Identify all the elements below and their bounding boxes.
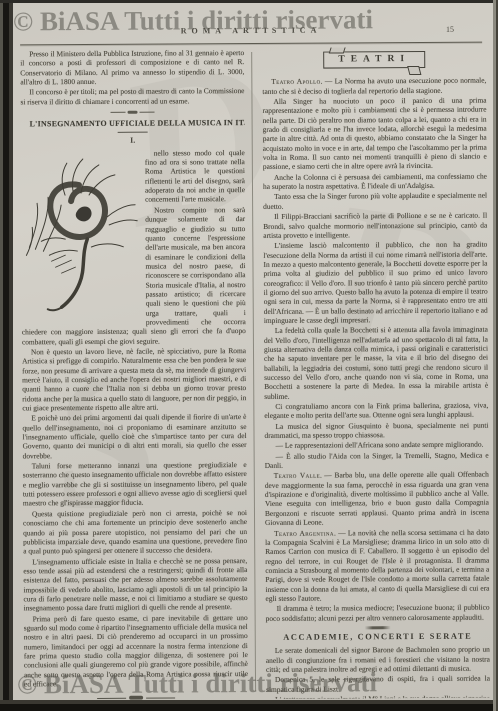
- notice-list: Presso il Ministero della Pubblica Istru…: [20, 48, 244, 106]
- theatre-review-text: Anche la Colonna ci è persuasa dei cambi…: [263, 171, 487, 191]
- column-divider: [251, 52, 256, 691]
- accademie-title: ACCADEMIE, CONCERTI E SERATE: [266, 631, 490, 642]
- title-rule: [118, 132, 148, 133]
- teatri-paragraph: Teatro Apollo.— La Norma ha avuto una es…: [262, 76, 486, 96]
- theatre-review-text: — È allo studio l'Aida con la Singer, la…: [265, 450, 489, 470]
- theatre-review-text: La fedeltà colla quale la Bocchetti si è…: [264, 325, 488, 401]
- theatre-review-text: L'insieme lasciò malcontento il pubblico…: [263, 240, 487, 325]
- article-paragraph: Questa quistione pregiudiziale però non …: [23, 508, 247, 556]
- theatre-review-text: Il Filippi-Bracciani sacrificò la parte …: [263, 211, 487, 240]
- teatri-paragraph: La fedeltà colla quale la Bocchetti si è…: [264, 325, 488, 401]
- teatri-paragraph: L'insieme lasciò malcontento il pubblico…: [263, 240, 488, 325]
- section-separator: [111, 110, 155, 115]
- teatri-paragraph: Tanto essa che la Singer furono più volt…: [263, 191, 487, 211]
- theatre-review-text: Ci congratuliamo ancora con la Fink prim…: [264, 401, 488, 421]
- scan-edge-left: [0, 0, 13, 711]
- teatri-paragraph: Il Filippi-Bracciani sacrificò la parte …: [263, 211, 487, 240]
- theatre-review-text: — Le rappresentazioni dell'Africana sono…: [276, 440, 484, 450]
- article-title: L'INSEGNAMENTO UFFICIALE DELLA MUSICA IN…: [21, 118, 245, 129]
- article-paragraph: L'insegnamento ufficiale esiste in Itali…: [23, 556, 247, 613]
- theatre-review-text: Alla Singer ha nuociuto un poco il panic…: [263, 96, 487, 172]
- teatri-paragraph: — È allo studio l'Aida con la Singer, la…: [265, 450, 489, 470]
- teatri-paragraph: Alla Singer ha nuociuto un poco il panic…: [262, 96, 486, 172]
- scanned-page: D B S ROMA ARTISTICA 15 Presso il Minist…: [0, 0, 498, 711]
- notice-paragraph: Presso il Ministero della Pubblica Istru…: [20, 48, 244, 87]
- left-column: Presso il Ministero della Pubblica Istru…: [20, 48, 248, 700]
- teatri-paragraph: Ci congratuliamo ancora con la Fink prim…: [264, 401, 488, 421]
- teatri-paragraph: — Le rappresentazioni dell'Africana sono…: [265, 440, 489, 451]
- theatre-name: Teatro Valle.: [274, 471, 323, 480]
- theatre-name: Teatro Argentina.: [274, 528, 336, 537]
- article-paragraph: Taluni forse metteranno innanzi una ques…: [23, 460, 247, 508]
- copyright-watermark-bottom: © BiASA Tutti i diritti riservati: [17, 667, 487, 701]
- theatre-review-text: La musica del signor Giusquinto è buona,…: [264, 420, 488, 440]
- notice-paragraph: Il concorso è per titoli; ma pel posto d…: [20, 86, 244, 106]
- teatri-paragraphs: Teatro Apollo.— La Norma ha avuto una es…: [262, 76, 489, 623]
- header-rule: [20, 42, 482, 46]
- paper-background: D B S ROMA ARTISTICA 15 Presso il Minist…: [12, 2, 494, 701]
- section-numeral: I.: [21, 135, 245, 146]
- theatre-review-text: Tanto essa che la Singer furono più volt…: [263, 191, 487, 211]
- right-column: TEATRI Teatro Apollo.— La Norma ha avuto…: [262, 47, 490, 699]
- scan-edge-top: [0, 0, 498, 3]
- teatri-paragraph: Anche la Colonna ci è persuasa dei cambi…: [263, 171, 487, 191]
- teatri-paragraph: La musica del signor Giusquinto è buona,…: [264, 420, 488, 440]
- teatri-paragraph: Teatro Argentina.— La novità che nella s…: [265, 527, 489, 603]
- copyright-watermark-top: © BiASA Tutti i diritti riservati: [13, 4, 483, 38]
- theatre-name: Teatro Apollo.: [271, 77, 323, 86]
- engraved-initial-illustration: [21, 150, 140, 319]
- teatri-paragraph: Teatro Valle.— Barba blu, una delle oper…: [265, 470, 489, 527]
- theatre-review-text: Il dramma è tetro; la musica mediocre; l…: [266, 603, 490, 623]
- scan-edge-bottom: [0, 700, 498, 711]
- theatre-review-text: — La novità che nella scorsa settimana c…: [265, 527, 489, 603]
- scan-edge-right: [493, 0, 498, 711]
- article-paragraph: E poichè uno dei primi argomenti dai qua…: [22, 412, 246, 460]
- section-separator: [365, 626, 391, 629]
- teatri-section-label: TEATRI: [323, 51, 425, 69]
- teatri-paragraph: Il dramma è tetro; la musica mediocre; l…: [266, 603, 490, 623]
- article-paragraph: Non è questo un lavoro lieve, nè facile,…: [22, 346, 246, 413]
